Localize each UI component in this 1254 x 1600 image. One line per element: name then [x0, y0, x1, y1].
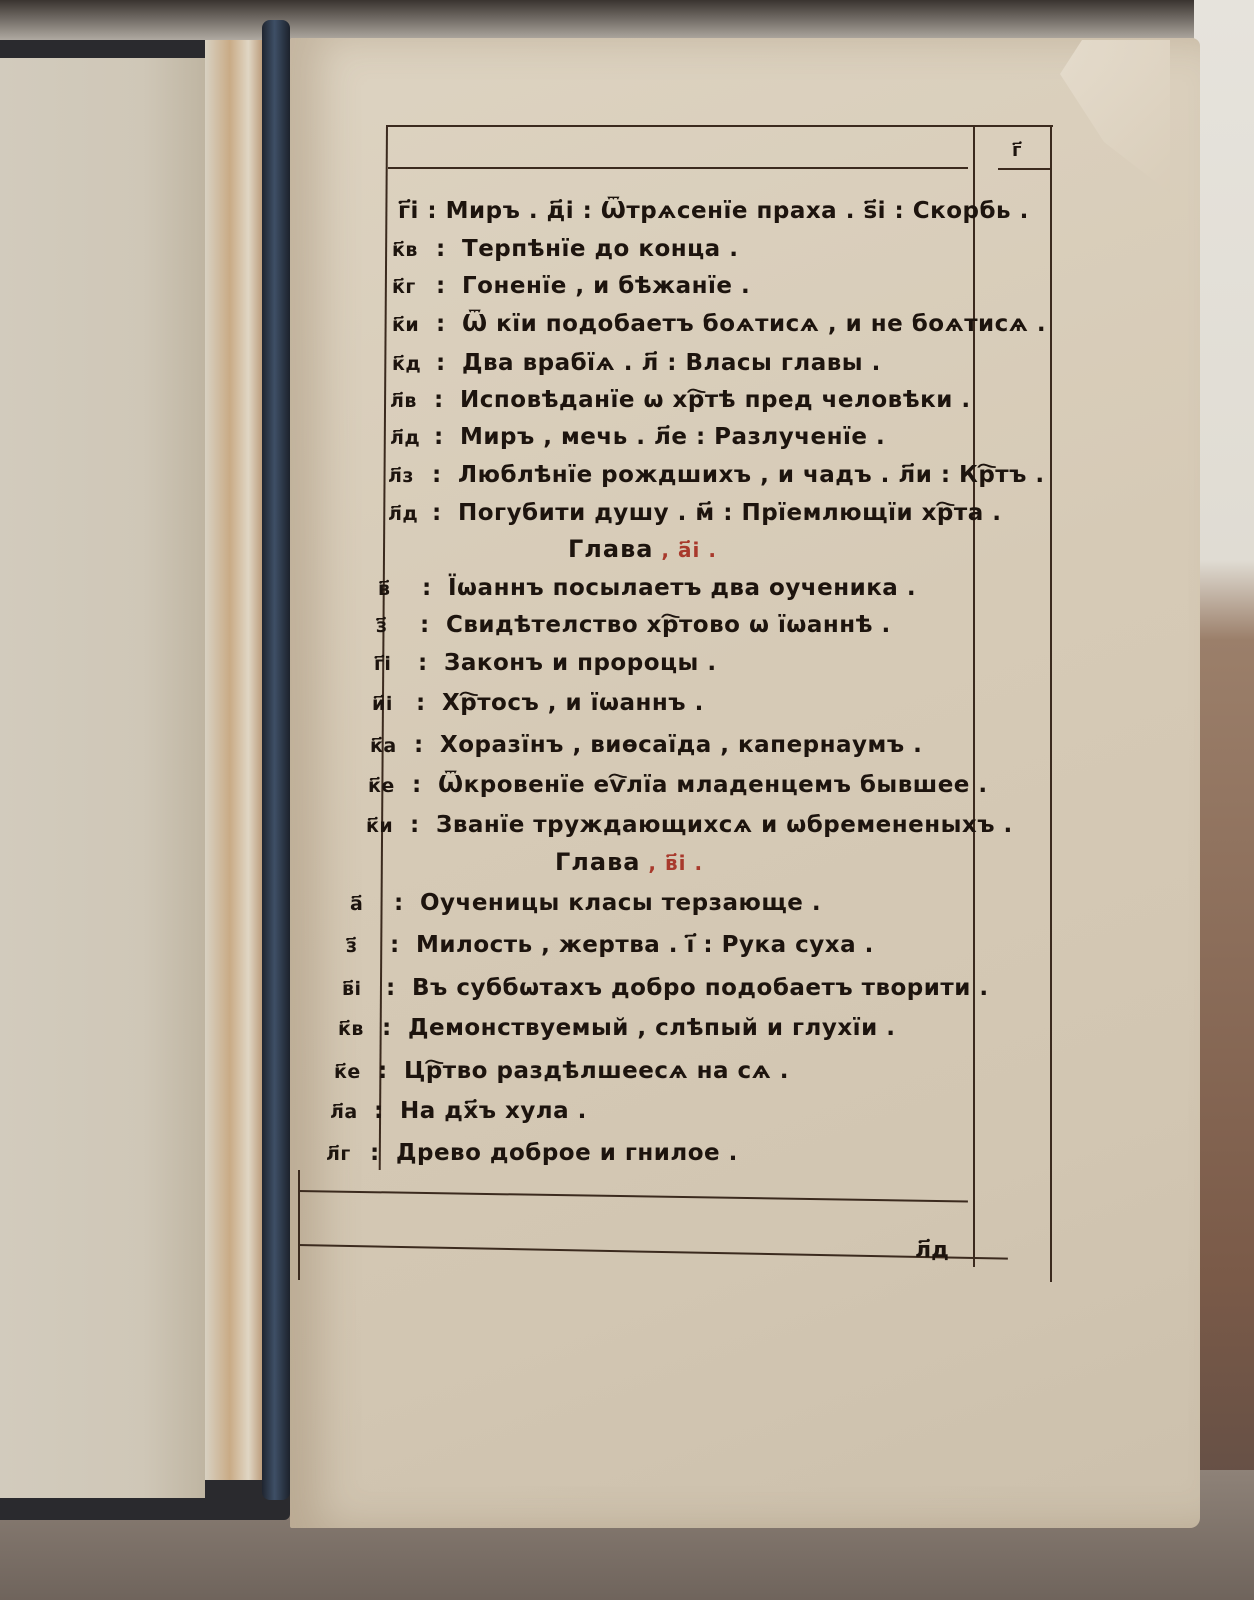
frame-inner-right-rule [973, 127, 975, 1267]
entry-number: г҃і [374, 653, 418, 675]
entry-line: к҃и:Ѿ кїи подобаетъ боѧтисѧ , и не боѧти… [392, 311, 1046, 337]
entry-line: к҃в:Демонствуемый , слѣпый и глухїи . [338, 1015, 895, 1041]
entry-number: к҃и [366, 815, 410, 837]
entry-number: л҃в [390, 390, 434, 412]
background-right [1194, 0, 1254, 1600]
chapter-end-dot: . [708, 538, 717, 562]
entry-text: Терпѣнїе до конца . [462, 236, 738, 262]
chapter-separator: , [648, 851, 657, 875]
chapter-heading-11: Глава , а҃і . [568, 535, 717, 563]
entry-line: л҃в:Исповѣданїе ѡ хр҇тѣ пред человѣки . [390, 387, 971, 413]
entry-number: в҃ [378, 578, 422, 600]
frame-top-rule [388, 125, 1053, 127]
frame-outer-right-rule [1050, 127, 1052, 1282]
entry-line: и҃і:Хр҇тосъ , и їѡаннъ . [372, 690, 704, 716]
book-spine [262, 20, 290, 1500]
entry-text: Оученицы класы терзающе . [420, 890, 821, 916]
entry-line: к҃г:Гоненїе , и бѣжанїе . [392, 273, 750, 299]
entry-text: Ѿ кїи подобаетъ боѧтисѧ , и не боѧтисѧ . [462, 311, 1046, 337]
chapter-word: Глава [568, 535, 653, 563]
entry-number: к҃е [368, 775, 412, 797]
entry-text: Древо доброе и гнилое . [396, 1140, 738, 1166]
entry-number: к҃а [370, 735, 414, 757]
catchword-bottom: л҃д [915, 1238, 949, 1263]
entry-line: а҃:Оученицы класы терзающе . [350, 890, 821, 916]
entry-text: г҃і : Миръ . д҃і : Ѿтрѧсенїе праха . ѕ҃і… [398, 198, 1029, 224]
entry-number: к҃г [392, 276, 436, 298]
entry-text: Демонствуемый , слѣпый и глухїи . [408, 1015, 895, 1041]
entry-line: л҃з:Люблѣнїе рождшихъ , и чадъ . л҃и : К… [388, 462, 1045, 488]
entry-line: к҃в:Терпѣнїе до конца . [392, 236, 738, 262]
entry-text: Люблѣнїе рождшихъ , и чадъ . л҃и : Кр҇тъ… [458, 462, 1045, 488]
chapter-number: а҃і [678, 538, 700, 562]
entry-text: На дх҃ъ хула . [400, 1098, 587, 1124]
entry-number: л҃з [388, 465, 432, 487]
entry-number: л҃г [326, 1143, 370, 1165]
entry-text: Въ суббѡтахъ добро подобаетъ творити . [412, 975, 989, 1001]
entry-line: г҃і:Законъ и пророцы . [374, 650, 717, 676]
chapter-end-dot: . [694, 851, 703, 875]
entry-text: Два врабїѧ . л҃ : Власы главы . [462, 350, 881, 376]
chapter-heading-12: Глава , в҃і . [555, 848, 703, 876]
entry-text: Гоненїе , и бѣжанїе . [462, 273, 750, 299]
entry-number: л҃д [390, 427, 434, 449]
entry-line: в҃і:Въ суббѡтахъ добро подобаетъ творити… [342, 975, 989, 1001]
hinge-strip [205, 40, 267, 1480]
chapter-separator: , [661, 538, 670, 562]
entry-text: Званїе труждающихсѧ и ѡбремененыхъ . [436, 812, 1013, 838]
entry-number: з҃ [346, 935, 390, 957]
entry-number: к҃в [392, 239, 436, 261]
entry-number: и҃і [372, 693, 416, 715]
entry-number: л҃д [388, 503, 432, 525]
frame-header-rule [388, 167, 968, 169]
entry-number: к҃и [392, 314, 436, 336]
entry-line: л҃а:На дх҃ъ хула . [330, 1098, 587, 1124]
folio-number-top: г҃ [1012, 140, 1021, 161]
entry-number: л҃а [330, 1101, 374, 1123]
entry-line: л҃д:Миръ , мечь . л҃е : Разлученїе . [390, 424, 885, 450]
folio-underline [998, 168, 1050, 170]
entry-text: Цр҇тво раздѣлшеесѧ на сѧ . [404, 1058, 789, 1084]
entry-number: в҃і [342, 978, 386, 1000]
entry-number: к҃е [334, 1061, 378, 1083]
entry-text: Ѿкровенїе еѵ҇лїа младенцемъ бывшее . [438, 772, 988, 798]
left-endpaper [0, 58, 205, 1498]
entry-text: Свидѣтелство хр҇тово ѡ їѡаннѣ . [446, 612, 891, 638]
entry-number: з҃ [376, 615, 420, 637]
entry-line: к҃а:Хоразїнъ , виѳсаїда , капернаумъ . [370, 732, 922, 758]
frame-left-outer-rule [298, 1170, 300, 1280]
entry-line: к҃и:Званїе труждающихсѧ и ѡбремененыхъ . [366, 812, 1013, 838]
entry-line: л҃г:Древо доброе и гнилое . [326, 1140, 738, 1166]
entry-text: Їѡаннъ посылаетъ два оученика . [448, 575, 916, 601]
entry-number: а҃ [350, 893, 394, 915]
entry-line: г҃і : Миръ . д҃і : Ѿтрѧсенїе праха . ѕ҃і… [398, 198, 1029, 224]
entry-line: к҃е:Цр҇тво раздѣлшеесѧ на сѧ . [334, 1058, 789, 1084]
entry-line: к҃е:Ѿкровенїе еѵ҇лїа младенцемъ бывшее . [368, 772, 988, 798]
entry-text: Милость , жертва . і҃ : Рука суха . [416, 932, 874, 958]
entry-text: Законъ и пророцы . [444, 650, 717, 676]
entry-line: з҃:Милость , жертва . і҃ : Рука суха . [346, 932, 874, 958]
entry-text: Погубити душу . м҃ : Прїемлющїи хр҇та . [458, 500, 1001, 526]
chapter-number: в҃і [665, 851, 687, 875]
entry-line: в҃:Їѡаннъ посылаетъ два оученика . [378, 575, 916, 601]
entry-number: к҃д [392, 353, 436, 375]
entry-line: л҃д:Погубити душу . м҃ : Прїемлющїи хр҇т… [388, 500, 1001, 526]
entry-line: з҃:Свидѣтелство хр҇тово ѡ їѡаннѣ . [376, 612, 891, 638]
chapter-word: Глава [555, 848, 640, 876]
entry-line: к҃д:Два врабїѧ . л҃ : Власы главы . [392, 350, 881, 376]
entry-number: к҃в [338, 1018, 382, 1040]
entry-text: Хоразїнъ , виѳсаїда , капернаумъ . [440, 732, 922, 758]
entry-text: Хр҇тосъ , и їѡаннъ . [442, 690, 704, 716]
entry-text: Исповѣданїе ѡ хр҇тѣ пред человѣки . [460, 387, 971, 413]
entry-text: Миръ , мечь . л҃е : Разлученїе . [460, 424, 885, 450]
